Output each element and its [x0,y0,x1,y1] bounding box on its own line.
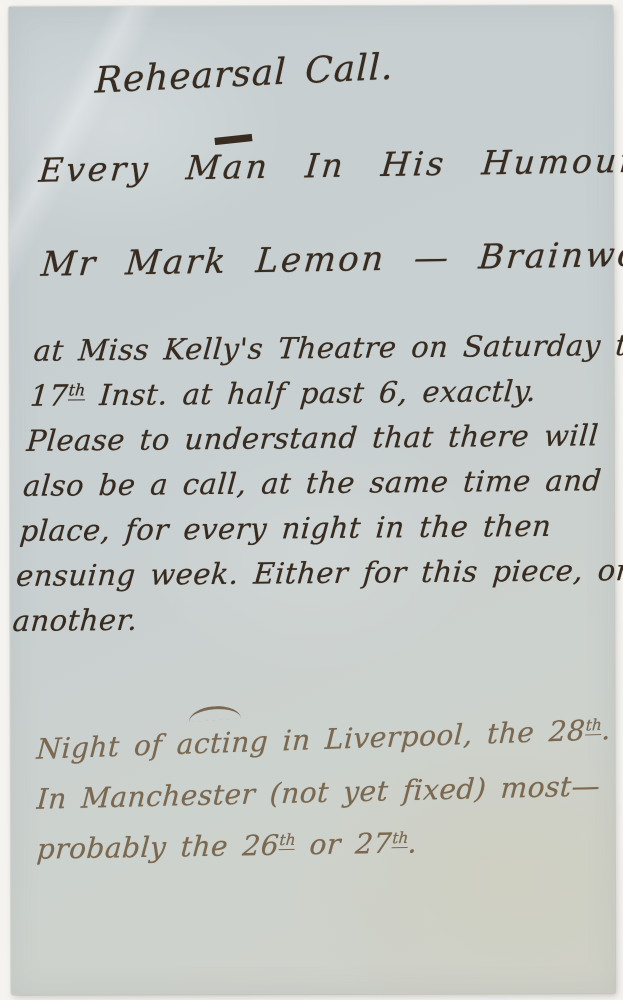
body-line-2: 17th Inst. at half past 6, exactly. [29,368,592,418]
postscript-line-1-text: Night of acting in Liverpool, the 28 [36,714,587,766]
postscript-line-3-mid: or 27 [294,827,393,862]
letter-paper: Rehearsal Call. — Every Man In His Humou… [9,5,616,995]
casting-line: Mr Mark Lemon — Brainworm [40,234,623,285]
body-line-1: at Miss Kelly's Theatre on Saturday the [32,323,595,373]
body-paragraph: at Miss Kelly's Theatre on Saturday the … [11,323,596,644]
ordinal-superscript: th [279,833,296,851]
postscript-line-1-rest: . [601,713,612,746]
play-title: Every Man In His Humour [37,141,623,190]
ordinal-superscript: th [392,831,409,849]
body-line-2-rest: Inst. at half past 6, exactly. [84,374,538,412]
scan-background: Rehearsal Call. — Every Man In His Humou… [0,0,623,1000]
postscript-line-3-text: probably the 26 [36,829,281,866]
body-line-5: place, for every night in the then [18,503,581,553]
body-line-3: Please to understand that there will [25,413,588,463]
body-line-6: ensuing week. Either for this piece, or [15,549,578,599]
body-line-4: also be a call, at the same time and [22,458,585,508]
body-line-2-text: 17 [29,378,70,412]
ordinal-superscript: th [68,382,86,400]
body-line-7: another. [11,594,574,644]
postscript-paragraph: Night of acting in Liverpool, the 28th. … [37,723,603,874]
heading-rehearsal-call: Rehearsal Call. [94,47,394,102]
postscript-line-3: probably the 26th or 27th. [35,815,604,874]
ordinal-superscript: th [585,718,602,736]
